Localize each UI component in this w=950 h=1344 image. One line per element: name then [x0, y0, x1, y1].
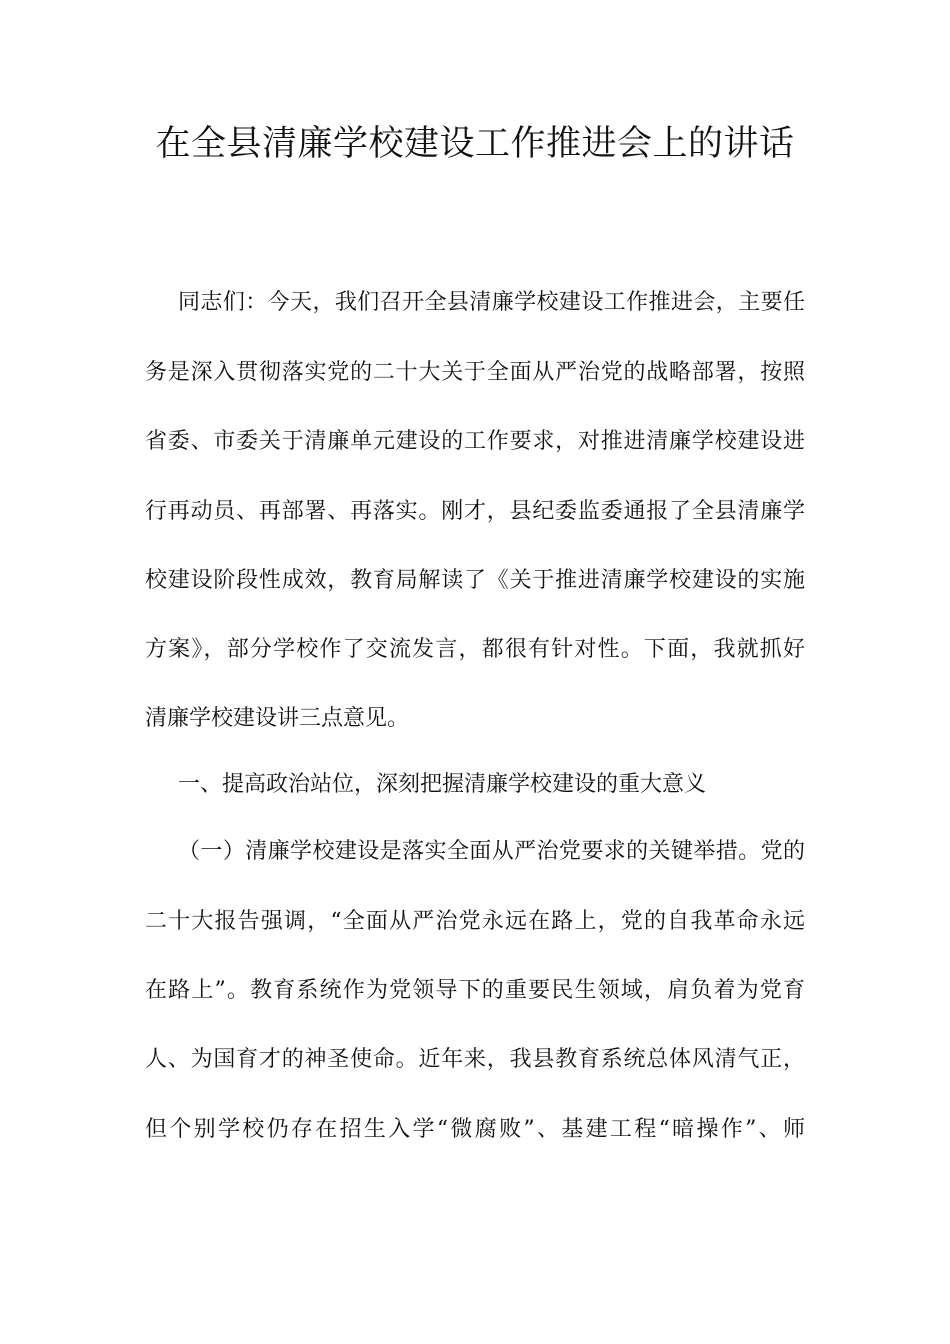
section-heading: 一、提高政治站位，深刻把握清廉学校建设的重大意义: [178, 770, 706, 800]
document-page: 在全县清廉学校建设工作推进会上的讲话 同志们：今天，我们召开全县清廉学校建设工作…: [0, 0, 950, 1344]
paragraph-line: 方案》，部分学校作了交流发言，都很有针对性。下面，我就抓好: [145, 635, 805, 665]
paragraph-line: 在路上”。教育系统作为党领导下的重要民生领域，肩负着为党育: [145, 976, 805, 1006]
paragraph-line: 二十大报告强调，“全面从严治党永远在路上，党的自我革命永远: [145, 907, 805, 937]
paragraph-line: 校建设阶段性成效，教育局解读了《关于推进清廉学校建设的实施: [145, 566, 805, 596]
document-title: 在全县清廉学校建设工作推进会上的讲话: [0, 120, 950, 168]
paragraph-line: 务是深入贯彻落实党的二十大关于全面从严治党的战略部署，按照: [145, 358, 805, 388]
paragraph-line: 省委、市委关于清廉单元建设的工作要求，对推进清廉学校建设进: [145, 427, 805, 457]
paragraph-line: 行再动员、再部署、再落实。刚才，县纪委监委通报了全县清廉学: [145, 497, 805, 527]
paragraph-line: 但个别学校仍存在招生入学“微腐败”、基建工程“暗操作”、师: [145, 1115, 805, 1145]
subsection-heading-line: （一）清廉学校建设是落实全面从严治党要求的关键举措。党的: [178, 837, 805, 867]
paragraph-line: 同志们：今天，我们召开全县清廉学校建设工作推进会，主要任: [178, 288, 805, 318]
paragraph-line: 人、为国育才的神圣使命。近年来，我县教育系统总体风清气正，: [145, 1045, 805, 1075]
paragraph-line: 清廉学校建设讲三点意见。: [145, 704, 805, 734]
